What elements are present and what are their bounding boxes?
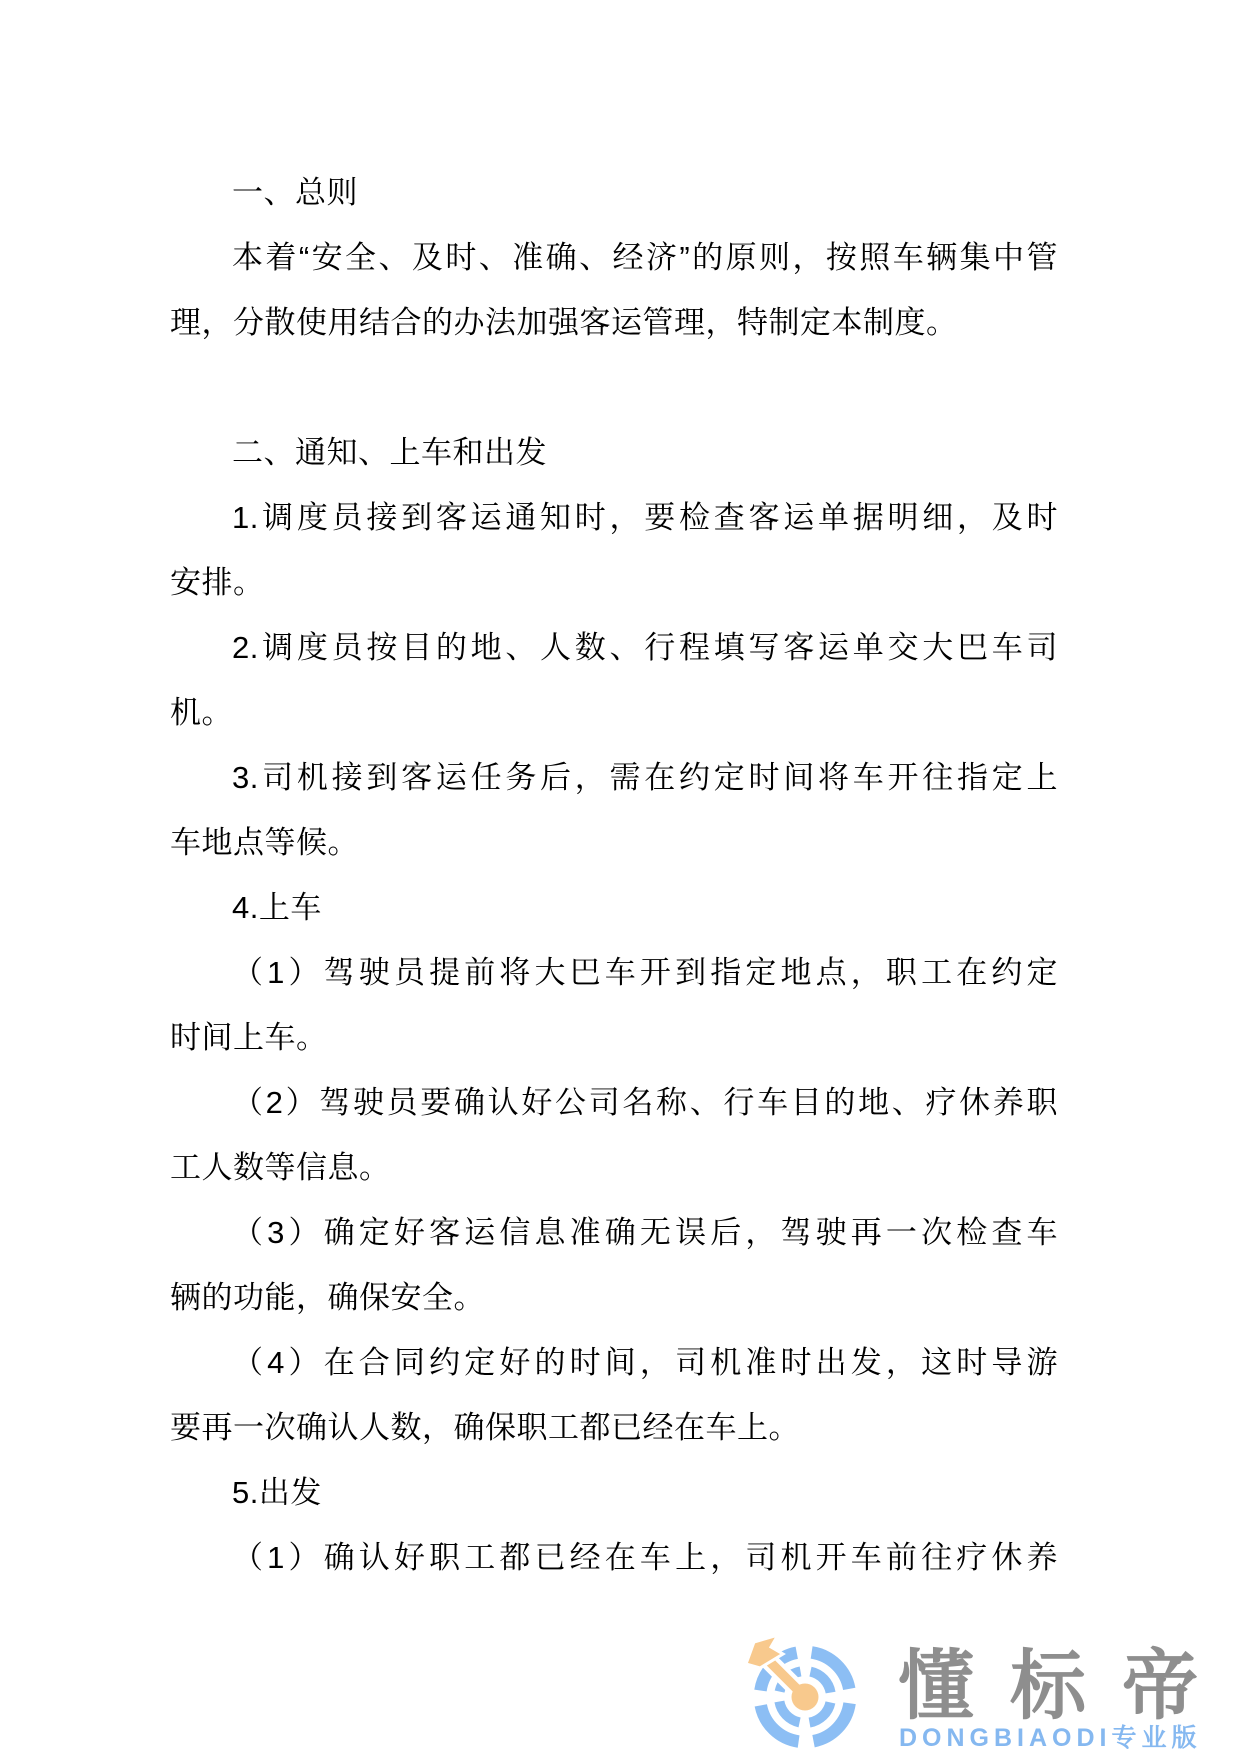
blank-line bbox=[170, 355, 1058, 420]
document-line: 本着“安全、及时、准确、经济”的原则，按照车辆集中管 bbox=[170, 225, 1058, 290]
document-line: 机。 bbox=[170, 680, 1058, 745]
document-line: （3）确定好客运信息准确无误后，驾驶再一次检查车 bbox=[170, 1200, 1058, 1265]
document-line: 1.调度员接到客运通知时，要检查客运单据明细，及时 bbox=[170, 485, 1058, 550]
document-line: （1）确认好职工都已经在车上，司机开车前往疗休养 bbox=[170, 1525, 1058, 1590]
document-line: 安排。 bbox=[170, 550, 1058, 615]
document-line: 车地点等候。 bbox=[170, 810, 1058, 875]
document-line: （1）驾驶员提前将大巴车开到指定地点，职工在约定 bbox=[170, 940, 1058, 1005]
document-line: 要再一次确认人数，确保职工都已经在车上。 bbox=[170, 1395, 1058, 1460]
document-line: 工人数等信息。 bbox=[170, 1135, 1058, 1200]
document-line: （2）驾驶员要确认好公司名称、行车目的地、疗休养职 bbox=[170, 1070, 1058, 1135]
document-line: （4）在合同约定好的时间，司机准时出发，这时导游 bbox=[170, 1330, 1058, 1395]
section-heading-line: 一、总则 bbox=[170, 160, 1058, 225]
section-heading-line: 二、通知、上车和出发 bbox=[170, 420, 1058, 485]
document-page: 一、总则 本着“安全、及时、准确、经济”的原则，按照车辆集中管 理，分散使用结合… bbox=[0, 0, 1241, 1754]
watermark-brand-text: 懂标帝 bbox=[898, 1652, 1234, 1722]
document-line: 4.上车 bbox=[170, 875, 1058, 940]
document-line: 辆的功能，确保安全。 bbox=[170, 1265, 1058, 1330]
document-line: 5.出发 bbox=[170, 1460, 1058, 1525]
watermark-brand-subtext: DONGBIAODI专业版 bbox=[899, 1726, 1202, 1751]
document-line: 理，分散使用结合的办法加强客运管理，特制定本制度。 bbox=[170, 290, 1058, 355]
document-line: 时间上车。 bbox=[170, 1005, 1058, 1070]
document-line: 3.司机接到客运任务后，需在约定时间将车开往指定上 bbox=[170, 745, 1058, 810]
document-line: 2.调度员按目的地、人数、行程填写客运单交大巴车司 bbox=[170, 615, 1058, 680]
target-arrow-icon bbox=[744, 1634, 862, 1752]
document-body: 一、总则 本着“安全、及时、准确、经济”的原则，按照车辆集中管 理，分散使用结合… bbox=[170, 160, 1058, 1590]
